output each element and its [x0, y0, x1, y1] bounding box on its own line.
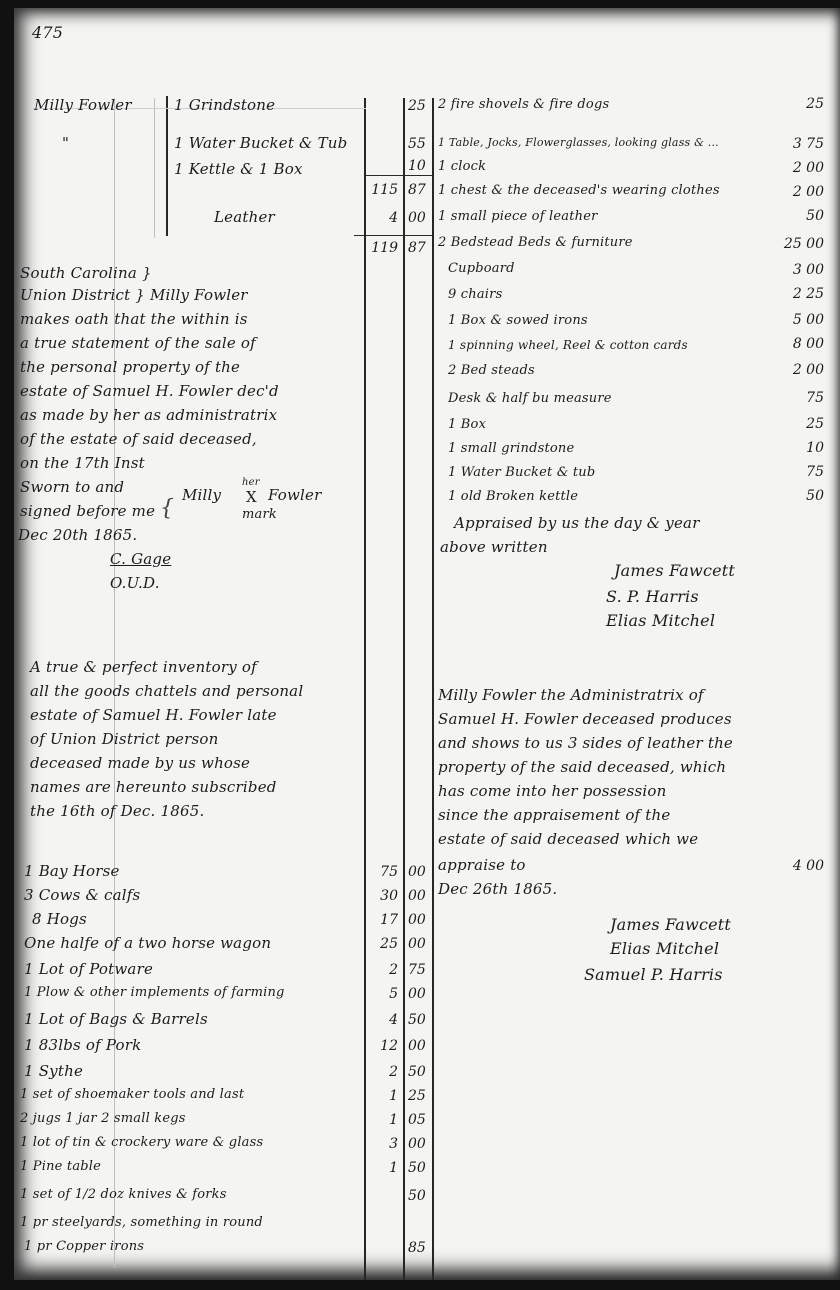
- oath-line: a true statement of the sale of: [20, 332, 256, 354]
- item-cents: 25: [408, 1088, 426, 1104]
- statement-line: and shows to us 3 sides of leather the: [438, 732, 733, 754]
- item-cents: 50: [408, 1188, 426, 1204]
- inventory-item: 8 Hogs: [32, 908, 87, 930]
- right-page-column-rule: [432, 98, 434, 1280]
- item-cents: 00: [408, 936, 426, 952]
- inventory-item: 1 Pine table: [20, 1156, 101, 1178]
- ledger-item: 9 chairs: [448, 284, 502, 306]
- ledger-amount: 2 00: [754, 160, 824, 176]
- ledger-amount: 2 00: [754, 362, 824, 378]
- mark-label: mark: [242, 504, 277, 526]
- ledger-amount: 8 00: [754, 336, 824, 352]
- item-dollars: 25: [366, 936, 398, 952]
- item-dollars: 5: [366, 986, 398, 1002]
- statement-line: Samuel H. Fowler deceased produces: [438, 708, 732, 730]
- ledger-amount: 3 00: [754, 262, 824, 278]
- inventory-item: 1 Lot of Bags & Barrels: [24, 1008, 208, 1030]
- item-dollars: 30: [366, 888, 398, 904]
- ledger-item: 1 Box & sowed irons: [448, 310, 588, 332]
- item-dollars: 1: [366, 1088, 398, 1104]
- oath-line: the personal property of the: [20, 356, 240, 378]
- ledger-dollars: 115: [366, 182, 398, 198]
- official-title: O.U.D.: [110, 572, 160, 594]
- ledger-cents: 55: [408, 136, 426, 152]
- sworn-date: Dec 20th 1865.: [18, 524, 137, 546]
- statement-line: Milly Fowler the Administratrix of: [438, 684, 704, 706]
- item-dollars: 3: [366, 1136, 398, 1152]
- margin-rule: [154, 98, 155, 238]
- signer-name: Milly: [182, 484, 221, 506]
- inventory-item: 1 83lbs of Pork: [24, 1034, 141, 1056]
- ledger-item: 2 fire shovels & fire dogs: [438, 94, 609, 116]
- inventory-item: 1 Plow & other implements of farming: [24, 982, 285, 1004]
- item-cents: 50: [408, 1012, 426, 1028]
- ledger-item: 1 Kettle & 1 Box: [174, 158, 303, 180]
- ledger-amount: 25: [754, 416, 824, 432]
- ledger-cents: 25: [408, 98, 426, 114]
- ledger-item: Cupboard: [448, 258, 515, 280]
- inventory-item: 1 set of 1/2 doz knives & forks: [20, 1184, 227, 1206]
- item-dollars: 2: [366, 1064, 398, 1080]
- inventory-item: 1 Bay Horse: [24, 860, 120, 882]
- oath-line: estate of Samuel H. Fowler dec'd: [20, 380, 279, 402]
- statement-signature: Samuel P. Harris: [584, 964, 723, 986]
- inventory-item: 1 Lot of Potware: [24, 958, 153, 980]
- statement-line: since the appraisement of the: [438, 804, 670, 826]
- item-cents: 00: [408, 1136, 426, 1152]
- ledger-cents: 00: [408, 210, 426, 226]
- item-dollars: 17: [366, 912, 398, 928]
- ledger-amount: 75: [754, 390, 824, 406]
- ledger-item: 1 chest & the deceased's wearing clothes: [438, 180, 720, 202]
- heading-line: deceased made by us whose: [30, 752, 250, 774]
- statement-line: estate of said deceased which we: [438, 828, 698, 850]
- item-cents: 00: [408, 864, 426, 880]
- ledger-item: 1 Water Bucket & Tub: [174, 132, 347, 154]
- column-rule: [166, 96, 168, 236]
- heading-line: A true & perfect inventory of: [30, 656, 257, 678]
- signer-surname: Fowler: [268, 484, 322, 506]
- ledger-total-cents: 87: [408, 240, 426, 256]
- item-dollars: 1: [366, 1112, 398, 1128]
- item-cents: 05: [408, 1112, 426, 1128]
- total-rule: [354, 235, 432, 236]
- inventory-item: 1 pr Copper irons: [24, 1236, 144, 1258]
- buyer-name: Milly Fowler: [34, 94, 132, 116]
- oath-line: South Carolina }: [20, 262, 152, 284]
- inventory-item: 1 lot of tin & crockery ware & glass: [20, 1132, 263, 1154]
- ledger-item: 1 Table, Jocks, Flowerglasses, looking g…: [438, 132, 719, 154]
- ledger-item: 1 Box: [448, 414, 486, 436]
- leather-amount: 4 00: [754, 858, 824, 874]
- oath-line: Union District } Milly Fowler: [20, 284, 248, 306]
- item-cents: 00: [408, 888, 426, 904]
- ledger-amount: 3 75: [754, 136, 824, 152]
- ledger-item: 1 Water Bucket & tub: [448, 462, 595, 484]
- official-name: C. Gage: [110, 548, 171, 570]
- statement-line: has come into her possession: [438, 780, 667, 802]
- appraiser-signature: S. P. Harris: [606, 586, 699, 608]
- inventory-item: 1 Sythe: [24, 1060, 83, 1082]
- oath-line: makes oath that the within is: [20, 308, 248, 330]
- ledger-total-dollars: 119: [366, 240, 398, 256]
- inventory-item: 2 jugs 1 jar 2 small kegs: [20, 1108, 186, 1130]
- ledger-item: Desk & half bu measure: [448, 388, 612, 410]
- ledger-page: 475 Milly Fowler 1 Grindstone 25 " 1 Wat…: [14, 8, 840, 1280]
- statement-date: Dec 26th 1865.: [438, 878, 557, 900]
- statement-line: appraise to: [438, 854, 526, 876]
- item-cents: 85: [408, 1240, 426, 1256]
- heading-line: all the goods chattels and personal: [30, 680, 303, 702]
- ledger-item: 2 Bedstead Beds & furniture: [438, 232, 633, 254]
- ledger-item: 1 spinning wheel, Reel & cotton cards: [448, 334, 688, 356]
- ledger-item: 1 clock: [438, 156, 486, 178]
- ledger-cents: 87: [408, 182, 426, 198]
- ledger-amount: 2 00: [754, 184, 824, 200]
- appraiser-signature: James Fawcett: [614, 560, 735, 582]
- inventory-item: 1 pr steelyards, something in round: [20, 1212, 263, 1234]
- ledger-amount: 25: [754, 96, 824, 112]
- sworn-line: Sworn to and: [20, 476, 124, 498]
- item-dollars: 4: [366, 1012, 398, 1028]
- item-cents: 75: [408, 962, 426, 978]
- heading-line: names are hereunto subscribed: [30, 776, 277, 798]
- buyer-ditto: ": [62, 132, 69, 154]
- item-dollars: 12: [366, 1038, 398, 1054]
- item-dollars: 1: [366, 1160, 398, 1176]
- inventory-item: 1 set of shoemaker tools and last: [20, 1084, 244, 1106]
- oath-line: as made by her as administratrix: [20, 404, 277, 426]
- statement-line: property of the said deceased, which: [438, 756, 726, 778]
- heading-line: of Union District person: [30, 728, 218, 750]
- ledger-dollars: 4: [366, 210, 398, 226]
- item-cents: 50: [408, 1160, 426, 1176]
- oath-line: on the 17th Inst: [20, 452, 145, 474]
- heading-line: the 16th of Dec. 1865.: [30, 800, 204, 822]
- ledger-item: Leather: [214, 206, 275, 228]
- ledger-amount: 75: [754, 464, 824, 480]
- appraiser-signature: Elias Mitchel: [606, 610, 715, 632]
- ledger-amount: 50: [754, 208, 824, 224]
- ledger-amount: 50: [754, 488, 824, 504]
- ledger-amount: 25 00: [754, 236, 824, 252]
- statement-signature: James Fawcett: [610, 914, 731, 936]
- appraisal-note: above written: [440, 536, 548, 558]
- item-cents: 00: [408, 986, 426, 1002]
- statement-signature: Elias Mitchel: [610, 938, 719, 960]
- ledger-amount: 2 25: [754, 286, 824, 302]
- inventory-item: 3 Cows & calfs: [24, 884, 140, 906]
- page-number: 475: [32, 22, 63, 44]
- ledger-item: 1 old Broken kettle: [448, 486, 578, 508]
- oath-line: of the estate of said deceased,: [20, 428, 257, 450]
- item-cents: 00: [408, 912, 426, 928]
- brace-mark: {: [160, 498, 174, 520]
- appraisal-note: Appraised by us the day & year: [454, 512, 700, 534]
- ledger-item: 2 Bed steads: [448, 360, 535, 382]
- item-dollars: 2: [366, 962, 398, 978]
- ledger-amount: 10: [754, 440, 824, 456]
- ledger-cents: 10: [408, 158, 426, 174]
- sworn-line: signed before me: [20, 500, 155, 522]
- item-cents: 50: [408, 1064, 426, 1080]
- inventory-item: One halfe of a two horse wagon: [24, 932, 271, 954]
- ledger-amount: 5 00: [754, 312, 824, 328]
- item-dollars: 75: [366, 864, 398, 880]
- ledger-item: 1 Grindstone: [174, 94, 275, 116]
- cents-column-rule: [403, 98, 405, 1280]
- item-cents: 00: [408, 1038, 426, 1054]
- ledger-item: 1 small grindstone: [448, 438, 574, 460]
- ledger-item: 1 small piece of leather: [438, 206, 598, 228]
- heading-line: estate of Samuel H. Fowler late: [30, 704, 277, 726]
- subtotal-rule: [366, 175, 432, 176]
